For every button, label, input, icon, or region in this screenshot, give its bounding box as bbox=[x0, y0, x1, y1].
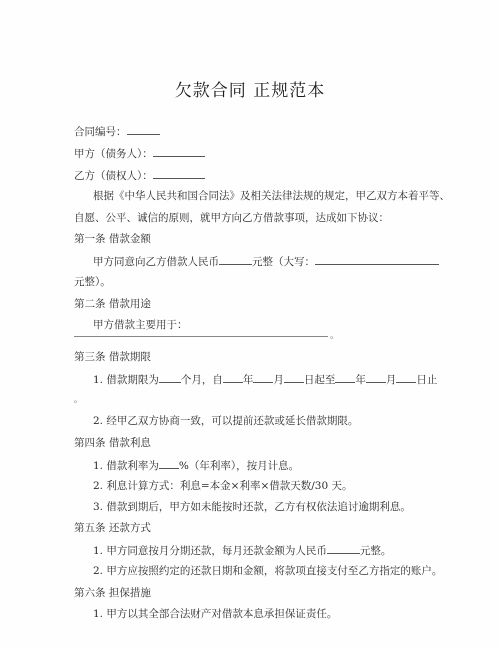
article-3-item-1: 1. 借款期限为个月，自年月日起至年月日止 bbox=[93, 372, 437, 387]
debtor-field: 甲方（债务人）： bbox=[74, 146, 205, 161]
item-text: %（年利率），按月计息。 bbox=[179, 460, 299, 472]
article-4-item-1: 1. 借款利率为%（年利率），按月计息。 bbox=[93, 458, 299, 473]
article-4-item-2: 2. 利息计算方式：利息=本金×利率×借款天数/30 天。 bbox=[93, 479, 353, 493]
contract-number-label: 合同编号： bbox=[74, 126, 127, 138]
interest-rate-blank[interactable] bbox=[159, 458, 179, 469]
text: 个月，自 bbox=[181, 374, 223, 386]
end-year-blank[interactable] bbox=[335, 372, 355, 383]
item-text: 经甲乙双方协商一致，可以提前还款或延长借款期限。 bbox=[106, 415, 358, 427]
article-3-item-2: 2. 经甲乙双方协商一致，可以提前还款或延长借款期限。 bbox=[93, 414, 358, 428]
article-5-item-1: 1. 甲方同意按月分期还款，每月还款金额为人民币元整。 bbox=[93, 543, 391, 558]
item-number: 1. bbox=[93, 545, 103, 557]
text: 月 bbox=[386, 374, 397, 386]
article-5-heading: 第五条 还款方式 bbox=[74, 521, 151, 535]
item-number: 1. bbox=[93, 374, 103, 386]
article-3-heading: 第三条 借款期限 bbox=[74, 350, 151, 364]
item-text: 甲方同意按月分期还款，每月还款金额为人民币 bbox=[106, 545, 327, 557]
item-number: 3. bbox=[93, 501, 103, 513]
article-6-item-1: 1. 甲方以其全部合法财产对借款本息承担保证责任。 bbox=[93, 607, 337, 621]
start-day-blank[interactable] bbox=[284, 372, 304, 383]
item-text: 利息计算方式：利息=本金×利率×借款天数/30 天。 bbox=[106, 480, 352, 492]
article-1-heading: 第一条 借款金额 bbox=[74, 232, 151, 246]
start-year-blank[interactable] bbox=[223, 372, 243, 383]
text: 年 bbox=[243, 374, 254, 386]
article-2-end-mark: 。 bbox=[330, 328, 339, 341]
article-1-text-b: 元整（大写： bbox=[252, 256, 315, 268]
contract-number-blank[interactable] bbox=[127, 124, 160, 135]
preamble-line-1: 根据《中华人民共和国合同法》及相关法律法规的规定，甲乙双方本着平等、 bbox=[93, 189, 450, 203]
article-4-heading: 第四条 借款利息 bbox=[74, 436, 151, 450]
creditor-blank[interactable] bbox=[153, 168, 205, 179]
monthly-payment-blank[interactable] bbox=[327, 543, 360, 554]
article-1-body-line2: 元整）。 bbox=[74, 275, 111, 289]
article-6-heading: 第六条 担保措施 bbox=[74, 586, 151, 600]
creditor-field: 乙方（债权人）： bbox=[74, 168, 205, 183]
contract-number-field: 合同编号： bbox=[74, 124, 160, 139]
text: 年 bbox=[355, 374, 366, 386]
end-day-blank[interactable] bbox=[396, 372, 416, 383]
article-5-item-2: 2. 甲方应按照约定的还款日期和金额，将款项直接支付至乙方指定的账户。 bbox=[93, 564, 442, 578]
article-3-item-1-wrap: 。 bbox=[74, 393, 82, 407]
article-1-body: 甲方同意向乙方借款人民币元整（大写： bbox=[93, 254, 439, 269]
text: 借款期限为 bbox=[106, 374, 159, 386]
item-number: 1. bbox=[93, 460, 103, 472]
start-month-blank[interactable] bbox=[253, 372, 273, 383]
item-text: 借款利率为 bbox=[106, 460, 159, 472]
article-2-body: 甲方借款主要用于： bbox=[93, 318, 188, 332]
item-text: 甲方以其全部合法财产对借款本息承担保证责任。 bbox=[106, 608, 337, 620]
article-1-text-a: 甲方同意向乙方借款人民币 bbox=[93, 256, 219, 268]
article-4-item-3: 3. 借款到期后，甲方如未能按时还款，乙方有权依法追讨逾期利息。 bbox=[93, 500, 411, 514]
end-month-blank[interactable] bbox=[366, 372, 386, 383]
months-blank[interactable] bbox=[159, 372, 181, 383]
debtor-label: 甲方（债务人）： bbox=[74, 148, 153, 160]
article-2-heading: 第二条 借款用途 bbox=[74, 297, 151, 311]
document-title: 欠款合同 正规范本 bbox=[0, 76, 500, 101]
text: 日止 bbox=[416, 374, 437, 386]
document-page: 欠款合同 正规范本 合同编号： 甲方（债务人）： 乙方（债权人）： 根据《中华人… bbox=[0, 0, 500, 647]
loan-amount-blank[interactable] bbox=[219, 254, 252, 265]
preamble-line-2: 自愿、公平、诚信的原则，就甲方向乙方借款事项，达成如下协议： bbox=[74, 211, 389, 225]
item-number: 2. bbox=[93, 480, 103, 492]
item-text: 甲方应按照约定的还款日期和金额，将款项直接支付至乙方指定的账户。 bbox=[106, 565, 442, 577]
text: 月 bbox=[273, 374, 284, 386]
creditor-label: 乙方（债权人）： bbox=[74, 170, 153, 182]
debtor-blank[interactable] bbox=[153, 146, 205, 157]
item-text: 借款到期后，甲方如未能按时还款，乙方有权依法追讨逾期利息。 bbox=[106, 501, 411, 513]
loan-purpose-blank[interactable] bbox=[74, 336, 328, 337]
item-text: 元整。 bbox=[360, 545, 392, 557]
text: 日起至 bbox=[304, 374, 336, 386]
item-number: 2. bbox=[93, 565, 103, 577]
loan-amount-words-blank[interactable] bbox=[315, 254, 439, 265]
item-number: 1. bbox=[93, 608, 103, 620]
item-number: 2. bbox=[93, 415, 103, 427]
